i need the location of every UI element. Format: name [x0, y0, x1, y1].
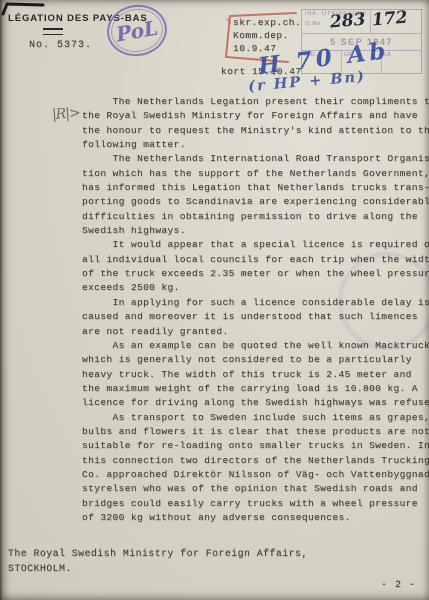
margin-initials-mark: |R|>	[51, 105, 80, 123]
text-line: all individual local councils for each t…	[82, 253, 429, 267]
text-line: porting goods to Scandinavia are experie…	[82, 195, 429, 209]
text-line: Komm.dep.	[233, 30, 301, 43]
text-line: this connection two directors of the Net…	[82, 454, 429, 468]
registry-stamp-dnr-label: D. No	[305, 21, 320, 27]
text-line: tion which has the support of the Nether…	[82, 167, 429, 181]
text-line: As an example can be quoted the well kno…	[82, 339, 429, 353]
scanned-letter-page: { "letterhead": { "name": "LÉGATION DES …	[0, 0, 429, 600]
text-line: caused and moreover it is understood tha…	[82, 310, 429, 324]
pol-stamp-label: PoL	[114, 15, 159, 46]
text-line: STOCKHOLM.	[8, 562, 308, 577]
text-line: In applying for such a licence considera…	[82, 296, 429, 310]
pol-stamp: PoL	[104, 1, 171, 60]
text-line: of the truck exceeds 2.35 meter or when …	[82, 267, 429, 281]
text-line: bridges could easily carry trucks with a…	[82, 497, 429, 511]
text-line: are not readily granted.	[82, 325, 429, 339]
text-line: Swedish highways.	[82, 224, 429, 238]
text-line: the maximum weight of the carrying load …	[82, 382, 429, 396]
text-line: licence for driving along the Swedish hi…	[82, 396, 429, 410]
text-line: It would appear that a special licence i…	[82, 238, 429, 252]
letter-body: The Netherlands Legation present their c…	[82, 95, 429, 525]
text-line: The Netherlands Legation present their c…	[82, 95, 429, 109]
text-line: exceeds 2500 kg.	[82, 281, 429, 295]
text-line: The Netherlands International Road Trans…	[82, 152, 429, 166]
text-line: has informed this Legation that Netherla…	[82, 181, 429, 195]
document-number: No. 5373.	[29, 40, 92, 51]
text-line: heavy truck. The width of this truck is …	[82, 368, 429, 382]
text-line: suitable for re-loading onto smaller tru…	[82, 439, 429, 453]
text-line: which is generally not considered to be …	[82, 353, 429, 367]
text-line: following matter.	[82, 138, 429, 152]
text-line: bulbs and flowers it is clear that these…	[82, 425, 429, 439]
text-line: Co. approached Direktör Nilsson of Väg- …	[82, 468, 429, 482]
text-line: skr.exp.ch.	[233, 17, 301, 30]
text-line: the honour to request the Ministry's kin…	[82, 124, 429, 138]
text-line: styrelsen who was of the opinion that Sw…	[82, 482, 429, 496]
text-line: of 3200 kg without any adverse consequen…	[82, 511, 429, 525]
text-line: the Royal Swedish Ministry for Foreign A…	[82, 109, 429, 123]
text-line: difficulties in obtaining permission to …	[82, 210, 429, 224]
text-line: The Royal Swedish Ministry for Foreign A…	[8, 547, 308, 562]
letterhead-rule	[43, 28, 63, 35]
text-line: As transport to Sweden include such item…	[82, 411, 429, 425]
page-number: - 2 -	[381, 580, 416, 591]
recipient-address: The Royal Swedish Ministry for Foreign A…	[8, 547, 308, 576]
handwritten-diary-number-right: 172	[371, 7, 408, 30]
handwritten-diary-number-left: 283	[329, 9, 366, 32]
